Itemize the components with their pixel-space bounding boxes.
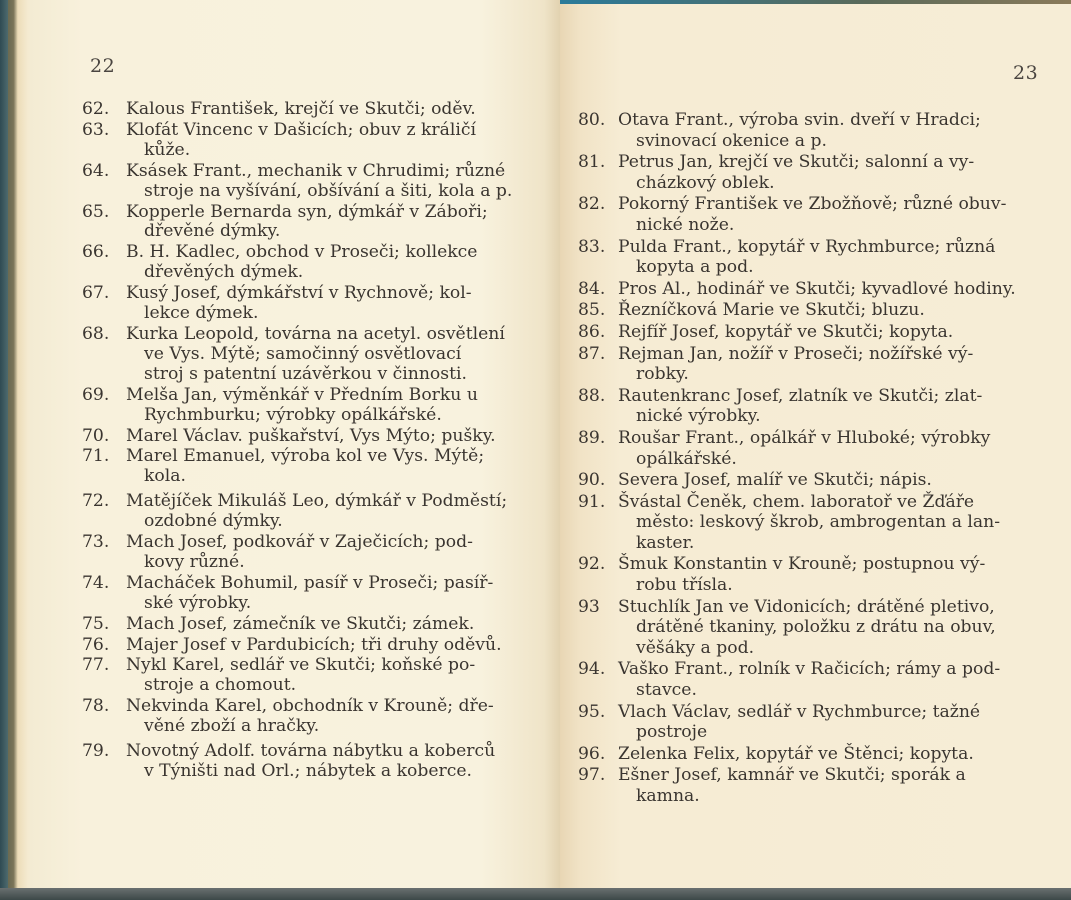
page-number-right: 23 xyxy=(1013,62,1038,84)
list-item: 84.Pros Al., hodinář ve Skutči; kyvadlov… xyxy=(578,279,1038,300)
list-item: 72.Matějíček Mikuláš Leo, dýmkář v Podmě… xyxy=(82,492,552,532)
list-item: 65.Kopperle Bernarda syn, dýmkář v Záboř… xyxy=(82,203,552,243)
list-item: 71.Marel Emanuel, výroba kol ve Vys. Mýt… xyxy=(82,447,552,487)
list-item: 94.Vaško Frant., rolník v Račicích; rámy… xyxy=(578,659,1038,700)
list-item: 87.Rejman Jan, nožíř v Proseči; nožířské… xyxy=(578,344,1038,385)
list-item: 62.Kalous František, krejčí ve Skutči; o… xyxy=(82,100,552,120)
list-item: 89.Roušar Frant., opálkář v Hluboké; výr… xyxy=(578,428,1038,469)
list-item: 85.Řezníčková Marie ve Skutči; bluzu. xyxy=(578,300,1038,321)
list-item: 64.Ksásek Frant., mechanik v Chrudimi; r… xyxy=(82,162,552,202)
list-item: 83.Pulda Frant., kopytář v Rychmburce; r… xyxy=(578,237,1038,278)
list-item: 63.Klofát Vincenc v Dašicích; obuv z krá… xyxy=(82,121,552,161)
page-number-left: 22 xyxy=(90,55,115,77)
list-item: 70.Marel Václav. puškařství, Vys Mýto; p… xyxy=(82,427,552,447)
list-item: 96.Zelenka Felix, kopytář ve Štěnci; kop… xyxy=(578,744,1038,765)
list-item: 86.Rejfíř Josef, kopytář ve Skutči; kopy… xyxy=(578,322,1038,343)
exhibitor-list-left: 62.Kalous František, krejčí ve Skutči; o… xyxy=(82,100,552,783)
cover-top-edge xyxy=(560,0,1071,4)
list-item: 80.Otava Frant., výroba svin. dveří v Hr… xyxy=(578,110,1038,151)
list-item: 95.Vlach Václav, sedlář v Rychmburce; ta… xyxy=(578,702,1038,743)
exhibitor-list-right: 80.Otava Frant., výroba svin. dveří v Hr… xyxy=(578,110,1038,808)
list-item: 68.Kurka Leopold, továrna na acetyl. osv… xyxy=(82,325,552,385)
list-item: 77.Nykl Karel, sedlář ve Skutči; koňské … xyxy=(82,656,552,696)
list-item: 75.Mach Josef, zámečník ve Skutči; zámek… xyxy=(82,615,552,635)
list-item: 73.Mach Josef, podkovář v Zaječicích; po… xyxy=(82,533,552,573)
list-item: 82.Pokorný František ve Zbožňově; různé … xyxy=(578,194,1038,235)
list-item: 81.Petrus Jan, krejčí ve Skutči; salonní… xyxy=(578,152,1038,193)
list-item: 91.Švástal Čeněk, chem. laboratoř ve Žďá… xyxy=(578,492,1038,554)
list-item: 90.Severa Josef, malíř ve Skutči; nápis. xyxy=(578,470,1038,491)
list-item: 67.Kusý Josef, dýmkářství v Rychnově; ko… xyxy=(82,284,552,324)
list-item: 76.Majer Josef v Pardubicích; tři druhy … xyxy=(82,636,552,656)
list-item: 92.Šmuk Konstantin v Krouně; postupnou v… xyxy=(578,554,1038,595)
list-item: 66.B. H. Kadlec, obchod v Proseči; kolle… xyxy=(82,243,552,283)
list-item: 79.Novotný Adolf. továrna nábytku a kobe… xyxy=(82,742,552,782)
list-item: 69.Melša Jan, výměnkář v Předním Borku u… xyxy=(82,386,552,426)
cover-bottom-edge xyxy=(0,888,1071,900)
list-item: 88.Rautenkranc Josef, zlatník ve Skutči;… xyxy=(578,386,1038,427)
list-item: 78.Nekvinda Karel, obchodník v Krouně; d… xyxy=(82,697,552,737)
list-item: 97.Ešner Josef, kamnář ve Skutči; sporák… xyxy=(578,765,1038,806)
list-item: 74.Macháček Bohumil, pasíř v Proseči; pa… xyxy=(82,574,552,614)
list-item: 93Stuchlík Jan ve Vidonicích; drátěné pl… xyxy=(578,597,1038,659)
